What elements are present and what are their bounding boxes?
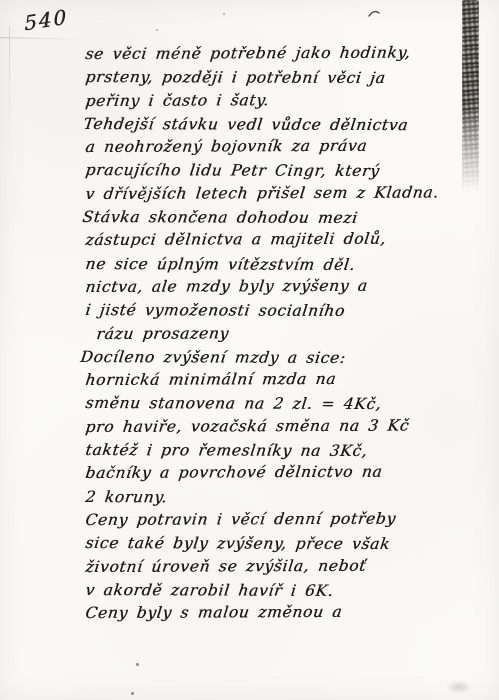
scan-edge-line — [9, 26, 10, 146]
stray-pen-mark — [368, 5, 386, 17]
scan-gutter-shadow — [462, 0, 479, 192]
handwritten-line: pro haviře, vozačská směna na 3 Kč — [84, 414, 479, 439]
handwritten-line: sice také byly zvýšeny, přece však — [84, 532, 479, 557]
handwritten-line: Ceny byly s malou změnou a — [84, 600, 479, 625]
handwritten-line: pracujícího lidu Petr Cingr, který — [84, 159, 479, 184]
handwritten-line: prsteny, později i potřební věci ja — [84, 66, 479, 91]
handwritten-line: a neohrožený bojovník za práva — [84, 134, 479, 159]
manuscript-text: se věci méně potřebné jako hodinky,prste… — [84, 43, 476, 625]
scan-fold-line — [0, 37, 88, 40]
handwritten-line: hornická minimální mzda na — [84, 367, 479, 392]
handwritten-line: Ceny potravin i věcí denní potřeby — [84, 507, 479, 532]
page-number: 540 — [24, 4, 69, 35]
handwritten-line: v dřívějších letech přišel sem z Kladna. — [84, 181, 479, 206]
scan-smudge — [446, 680, 472, 694]
ink-speck — [223, 13, 225, 15]
handwritten-line: směnu stanovena na 2 zl. = 4Kč, — [84, 392, 479, 417]
handwritten-line: rázu prosazeny — [95, 321, 479, 346]
handwritten-line: bačníky a povrchové dělnictvo na — [84, 461, 479, 486]
handwritten-line: i jisté vymoženosti socialního — [84, 299, 479, 324]
ink-speck — [156, 29, 158, 31]
handwritten-line: životní úroveň se zvýšila, neboť — [84, 554, 479, 579]
scanned-manuscript-page: 540 se věci méně potřebné jako hodinky,p… — [0, 0, 499, 700]
ink-speck — [131, 692, 134, 695]
handwritten-line: peřiny i často i šaty. — [84, 88, 479, 113]
handwritten-line: zástupci dělnictva a majiteli dolů, — [84, 228, 479, 253]
ink-speck — [136, 663, 139, 666]
handwritten-line: se věci méně potřebné jako hodinky, — [84, 41, 479, 66]
handwritten-line: nictva, ale mzdy byly zvýšeny a — [84, 274, 479, 299]
